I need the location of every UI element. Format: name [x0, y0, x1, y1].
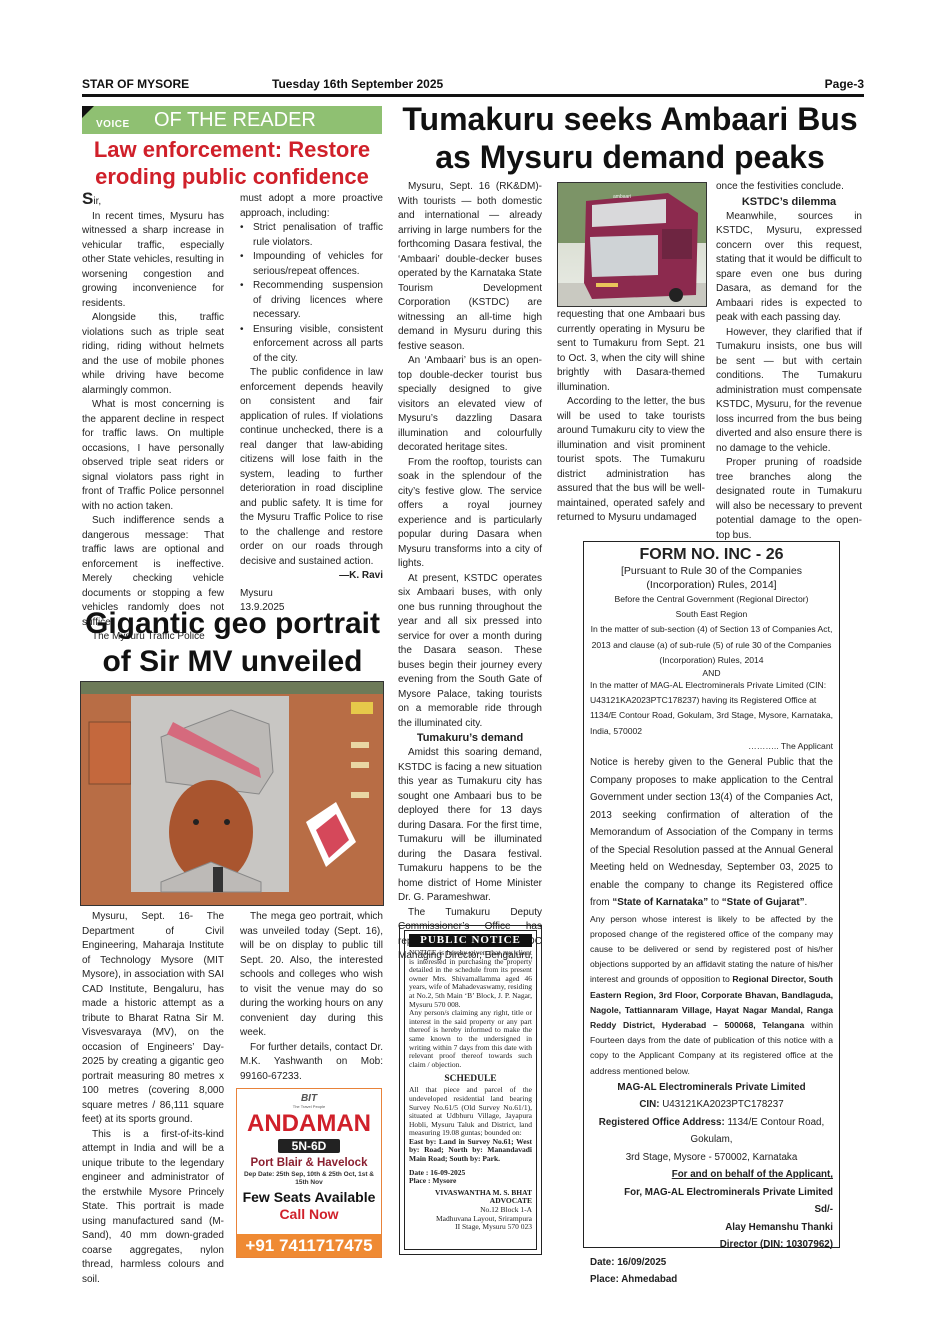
article-paragraph: For further details, contact Dr. M.K. Ya…: [240, 1041, 383, 1085]
schedule-text: All that piece and parcel of the undevel…: [409, 1086, 532, 1138]
mv-column-1: Mysuru, Sept. 16- The Department of Civi…: [82, 910, 224, 1287]
article-paragraph: once the festivities conclude.: [716, 180, 862, 195]
bus-column-3: once the festivities conclude. KSTDC’s d…: [716, 180, 862, 543]
form-and: AND: [590, 668, 833, 678]
form-cin: CIN: U43121KA2023PTC178237: [590, 1096, 833, 1114]
article-paragraph: Meanwhile, sources in KSTDC, Mysuru, exp…: [716, 210, 862, 326]
dropcap: S: [82, 189, 93, 208]
ad-destination: ANDAMAN: [237, 1111, 381, 1137]
form-reg-address: Registered Office Address: 1134/E Contou…: [590, 1114, 833, 1149]
ad-tagline: The Travel People: [237, 1104, 381, 1109]
ad-duration-badge: 5N-6D: [278, 1139, 341, 1153]
public-notice: PUBLIC NOTICE NOTICE is hereby given tha…: [399, 925, 542, 1255]
form-region: South East Region: [590, 607, 833, 622]
geo-portrait-photo: [80, 681, 384, 906]
notice-text: to: [708, 897, 722, 908]
banner-voice: voice: [96, 114, 130, 130]
from-state: “State of Karnataka”: [612, 897, 708, 908]
notice-paragraph: NOTICE is hereby given that my client is…: [409, 949, 532, 1009]
reg-label: Registered Office Address:: [599, 1117, 725, 1128]
schedule-boundaries: East by: Land in Survey No.61; West by: …: [409, 1138, 532, 1164]
form-behalf: For and on behalf of the Applicant,: [590, 1166, 833, 1184]
letter-city: Mysuru: [240, 587, 383, 602]
ad-places: Port Blair & Havelock: [237, 1156, 381, 1171]
letter-headline-line1: Law enforcement: Restore: [80, 136, 384, 163]
article-paragraph: requesting that one Ambaari bus currentl…: [557, 308, 705, 395]
article-paragraph: However, they clarified that if Tumakuru…: [716, 326, 862, 457]
bus-column-2: requesting that one Ambaari bus currentl…: [557, 308, 705, 526]
public-notice-inner: PUBLIC NOTICE NOTICE is hereby given tha…: [404, 930, 537, 1250]
form-company-matter: In the matter of MAG-AL Electrominerals …: [590, 678, 833, 739]
letter-paragraph: The public confidence in law enforcement…: [240, 366, 383, 569]
subheading-kstdc-dilemma: KSTDC’s dilemma: [716, 195, 862, 210]
double-decker-bus-image: ambaari: [558, 183, 707, 307]
advocate-address: II Stage, Mysuru 570 023: [409, 1223, 532, 1232]
article-paragraph: Amidst this soaring demand, KSTDC is fac…: [398, 746, 542, 906]
form-inc-26-notice: FORM NO. INC - 26 [Pursuant to Rule 30 o…: [583, 541, 840, 1248]
form-title: FORM NO. INC - 26: [590, 546, 833, 564]
letter-paragraph: Alongside this, traffic violations such …: [82, 311, 224, 398]
bus-story-headline: Tumakuru seeks Ambaari Bus as Mysuru dem…: [395, 100, 865, 176]
notice-paragraph: Any person/s claiming any right, title o…: [409, 1009, 532, 1069]
ad-phone-number[interactable]: +91 7411717475: [237, 1234, 381, 1257]
cin-value: U43121KA2023PTC178237: [659, 1099, 783, 1110]
article-paragraph: Mysuru, Sept. 16 (RK&DM)- With tourists …: [398, 180, 542, 354]
form-subtitle: [Pursuant to Rule 30 of the Companies: [590, 564, 833, 578]
salutation: Sir,: [82, 192, 224, 210]
article-paragraph: According to the letter, the bus will be…: [557, 395, 705, 526]
schedule-title: SCHEDULE: [409, 1072, 532, 1086]
form-applicant: ……….. The Applicant: [590, 739, 833, 754]
article-paragraph: At present, KSTDC operates six Ambaari b…: [398, 572, 542, 732]
mv-headline-line2: of Sir MV unveiled: [80, 643, 385, 681]
form-director-name: Alay Hemanshu Thanki: [590, 1219, 833, 1237]
notice-text: Notice is hereby given to the General Pu…: [590, 757, 833, 908]
form-before: Before the Central Government (Regional …: [590, 592, 833, 607]
letter-paragraph: must adopt a more proactive approach, in…: [240, 192, 383, 221]
salutation-text: ir,: [93, 196, 101, 207]
form-reg-address-2: 3rd Stage, Mysore - 570002, Karnataka: [590, 1149, 833, 1167]
notice-place: Place : Mysore: [409, 1177, 532, 1186]
article-paragraph: This is a first-of-its-kind attempt in I…: [82, 1128, 224, 1288]
ad-brand-logo: BIT: [237, 1093, 381, 1104]
cin-label: CIN:: [639, 1099, 659, 1110]
page-number: Page-3: [825, 77, 864, 91]
article-paragraph: An ‘Ambaari’ bus is an open-top double-d…: [398, 354, 542, 456]
form-signed: Sd/-: [590, 1201, 833, 1219]
subheading-tumakuru-demand: Tumakuru’s demand: [398, 731, 542, 746]
mv-column-2: The mega geo portrait, which was unveile…: [240, 910, 383, 1084]
masthead-rule: [82, 94, 864, 97]
letter-column-2: must adopt a more proactive approach, in…: [240, 192, 383, 616]
mv-story-headline: Gigantic geo portrait of Sir MV unveiled: [80, 605, 385, 681]
corner-triangle-icon: [82, 106, 94, 118]
letter-signature: —K. Ravi: [240, 569, 383, 584]
form-place: Place: Ahmedabad: [590, 1271, 833, 1289]
bus-headline-line2: as Mysuru demand peaks: [395, 138, 865, 176]
list-item: Recommending suspension of driving licen…: [240, 279, 383, 323]
svg-text:ambaari: ambaari: [613, 194, 631, 200]
bus-headline-line1: Tumakuru seeks Ambaari Bus: [395, 100, 865, 138]
letter-column-1: Sir, In recent times, Mysuru has witness…: [82, 192, 224, 645]
letter-headline: Law enforcement: Restore eroding public …: [80, 136, 384, 190]
banner-of-the-reader: OF THE READER: [154, 109, 316, 132]
letter-paragraph: In recent times, Mysuru has witnessed a …: [82, 210, 224, 312]
form-director-din: Director (DIN: 10307962): [590, 1236, 833, 1254]
andaman-travel-ad[interactable]: BIT The Travel People ANDAMAN 5N-6D Port…: [236, 1088, 382, 1258]
ad-call-now: Call Now: [237, 1206, 381, 1222]
form-date: Date: 16/09/2025: [590, 1254, 833, 1272]
article-paragraph: From the rooftop, tourists can soak in t…: [398, 456, 542, 572]
letter-headline-line2: eroding public confidence: [80, 163, 384, 190]
article-paragraph: Mysuru, Sept. 16- The Department of Civi…: [82, 910, 224, 1128]
form-notice-paragraph: Notice is hereby given to the General Pu…: [590, 754, 833, 912]
bus-photo: ambaari: [557, 182, 707, 307]
bus-column-1: Mysuru, Sept. 16 (RK&DM)- With tourists …: [398, 180, 542, 964]
list-item: Ensuring visible, consistent enforcement…: [240, 323, 383, 367]
ad-departure-dates: Dep Date: 25th Sep, 10th & 25th Oct, 1st…: [237, 1171, 381, 1187]
demands-list: Strict penalisation of traffic rule viol…: [240, 221, 383, 366]
letter-paragraph: What is most concerning is the apparent …: [82, 398, 224, 514]
form-for-company: For, MAG-AL Electrominerals Private Limi…: [590, 1184, 833, 1202]
ad-seats: Few Seats Available: [237, 1189, 381, 1206]
form-subtitle: (Incorporation) Rules, 2014]: [590, 578, 833, 592]
list-item: Strict penalisation of traffic rule viol…: [240, 221, 383, 250]
masthead: STAR OF MYSORE Tuesday 16th September 20…: [82, 75, 864, 93]
form-company-name: MAG-AL Electrominerals Private Limited: [590, 1079, 833, 1097]
notice-text: .: [805, 897, 808, 908]
form-objection-paragraph: Any person whose interest is likely to b…: [590, 912, 833, 1079]
public-notice-title: PUBLIC NOTICE: [409, 934, 532, 947]
list-item: Impounding of vehicles for serious/repea…: [240, 250, 383, 279]
aerial-portrait-image: [81, 682, 384, 906]
newspaper-name: STAR OF MYSORE: [82, 77, 189, 91]
article-paragraph: The mega geo portrait, which was unveile…: [240, 910, 383, 1041]
mv-headline-line1: Gigantic geo portrait: [80, 605, 385, 643]
to-state: “State of Gujarat”: [722, 897, 805, 908]
article-paragraph: Proper pruning of roadside tree branches…: [716, 456, 862, 543]
voice-of-reader-banner: voice OF THE READER: [82, 106, 382, 134]
form-matter: In the matter of sub-section (4) of Sect…: [590, 622, 833, 668]
issue-date: Tuesday 16th September 2025: [272, 77, 443, 91]
